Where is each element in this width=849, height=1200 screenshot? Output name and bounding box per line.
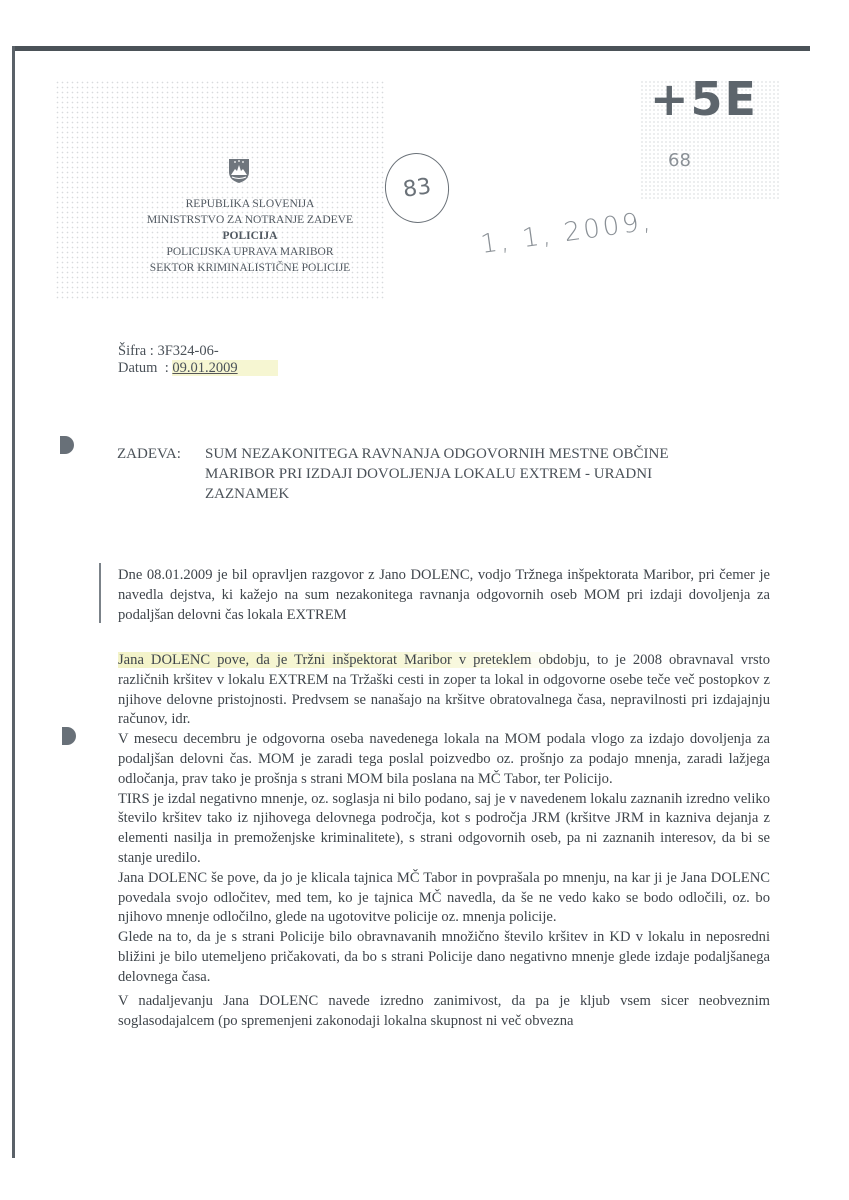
letterhead-line: POLICIJSKA UPRAVA MARIBOR (120, 244, 380, 260)
intro-paragraph: Dne 08.01.2009 je bil opravljen razgovor… (118, 566, 770, 625)
slovenia-coat-of-arms-icon (228, 158, 250, 184)
paragraph-text: TIRS je izdal negativno mnenje, oz. sogl… (118, 790, 770, 869)
paragraph-text: Glede na to, da je s strani Policije bil… (118, 928, 770, 987)
subject-label: ZADEVA: (117, 444, 181, 464)
datum-label: Datum : (118, 360, 169, 376)
sifra-label: Šifra : (118, 343, 154, 359)
scan-border-top (12, 46, 810, 51)
main-paragraphs: Jana DOLENC pove, da je Tržni inšpektora… (118, 651, 770, 988)
handwritten-code: +5E (650, 72, 758, 126)
letterhead: REPUBLIKA SLOVENIJA MINISTRSTVO ZA NOTRA… (120, 196, 380, 276)
letterhead-line: SEKTOR KRIMINALISTIČNE POLICIJE (120, 260, 380, 276)
paragraph-text: Jana DOLENC še pove, da jo je klicala ta… (118, 869, 770, 928)
letterhead-line: POLICIJA (120, 228, 380, 244)
circled-page-number: 83 (380, 149, 453, 227)
sifra-value: 3F324-06- (157, 343, 218, 359)
margin-mark (99, 563, 101, 623)
paragraph-text: V mesecu decembru je odgovorna oseba nav… (118, 730, 770, 789)
closing-text: V nadaljevanju Jana DOLENC navede izredn… (118, 992, 770, 1032)
subject-block: ZADEVA: SUM NEZAKONITEGA RAVNANJA ODGOVO… (117, 444, 737, 504)
punch-hole-icon (62, 727, 76, 745)
highlighted-text: Jana DOLENC pove, da je Tržni inšpektora… (118, 652, 590, 668)
document-meta: Šifra : 3F324-06- Datum : 09.01.2009 (118, 343, 278, 377)
closing-paragraph: V nadaljevanju Jana DOLENC navede izredn… (118, 992, 770, 1032)
letterhead-line: MINISTRSTVO ZA NOTRANJE ZADEVE (120, 212, 380, 228)
handwritten-date: 1, 1, 2009, (479, 206, 655, 260)
letterhead-line: REPUBLIKA SLOVENIJA (120, 196, 380, 212)
datum-value: 09.01.2009 (172, 360, 277, 376)
scan-border-left (12, 46, 15, 1158)
handwritten-number: 68 (668, 150, 691, 171)
intro-text: Dne 08.01.2009 je bil opravljen razgovor… (118, 566, 770, 625)
subject-text: SUM NEZAKONITEGA RAVNANJA ODGOVORNIH MES… (205, 444, 737, 504)
punch-hole-icon (60, 436, 74, 454)
